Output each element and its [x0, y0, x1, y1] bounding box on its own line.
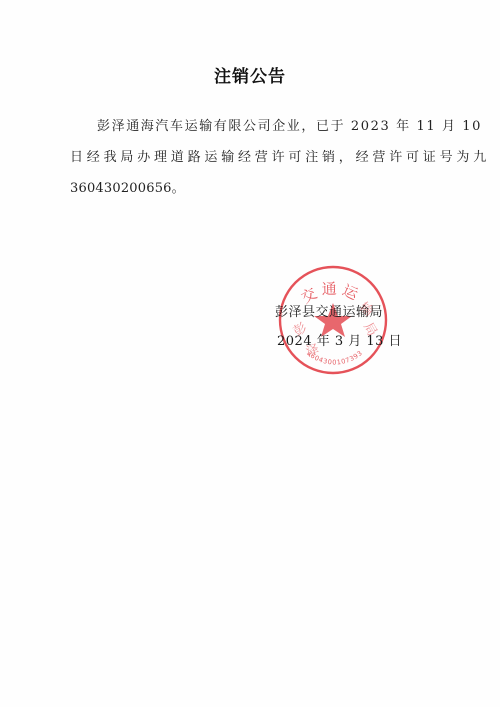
signature-organization: 彭泽县交通运输局	[275, 301, 383, 320]
page-title: 注销公告	[0, 62, 500, 87]
signature-date: 2024 年 3 月 13 日	[277, 330, 402, 349]
document-page: 注销公告 彭泽通海汽车运输有限公司企业，已于 2023 年 11 月 10 日经…	[0, 0, 500, 707]
body-text-line-1: 彭泽通海汽车运输有限公司企业，已于 2023 年 11 月 10	[97, 115, 482, 134]
official-seal-icon: 交通运 3604300107393 彭 泽 输 局	[276, 263, 390, 377]
body-text-line-3: 360430200656。	[70, 177, 185, 196]
body-text-line-2: 日经我局办理道路运输经营许可注销，经营许可证号为九	[70, 146, 490, 165]
